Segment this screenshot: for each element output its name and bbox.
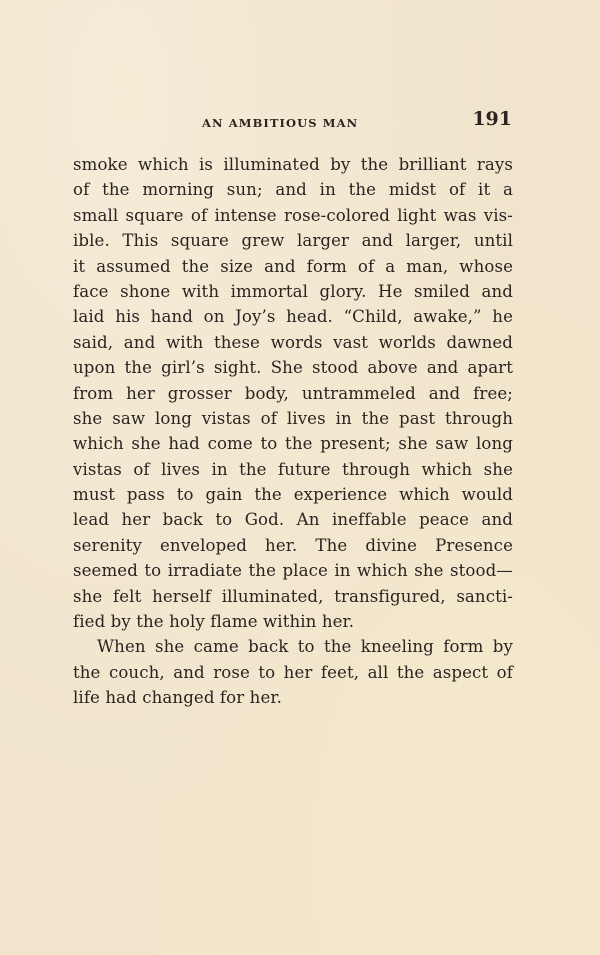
text-line: it assumed the size and form of a man, w… <box>73 254 513 279</box>
text-line: lead her back to God. An ineffable peace… <box>73 507 513 532</box>
text-line: which she had come to the present; she s… <box>73 431 513 456</box>
text-line: said, and with these words vast worlds d… <box>73 330 513 355</box>
book-page: AN AMBITIOUS MAN 191 smoke which is illu… <box>0 0 600 955</box>
text-line: face shone with immortal glory. He smile… <box>73 279 513 304</box>
paragraph-end-line: life had changed for her. <box>73 685 513 710</box>
text-line: she felt herself illuminated, transfigur… <box>73 584 513 609</box>
text-line: small square of intense rose-colored lig… <box>73 203 513 228</box>
running-title: AN AMBITIOUS MAN <box>202 116 358 130</box>
page-number: 191 <box>472 108 512 130</box>
text-line: from her grosser body, untrammeled and f… <box>73 381 513 406</box>
text-line: the couch, and rose to her feet, all the… <box>73 660 513 685</box>
text-line: of the morning sun; and in the midst of … <box>73 177 513 202</box>
text-line: upon the girl’s sight. She stood above a… <box>73 355 513 380</box>
text-line: vistas of lives in the future through wh… <box>73 457 513 482</box>
text-line: seemed to irradiate the place in which s… <box>73 558 513 583</box>
text-line: smoke which is illuminated by the brilli… <box>73 152 513 177</box>
paragraph-start-line: When she came back to the kneeling form … <box>73 634 513 659</box>
paragraph-end-line: fied by the holy flame within her. <box>73 609 513 634</box>
running-head: AN AMBITIOUS MAN 191 <box>202 108 512 132</box>
text-line: serenity enveloped her. The divine Prese… <box>73 533 513 558</box>
text-line: she saw long vistas of lives in the past… <box>73 406 513 431</box>
text-line: must pass to gain the experience which w… <box>73 482 513 507</box>
text-line: laid his hand on Joy’s head. “Child, awa… <box>73 304 513 329</box>
body-text: smoke which is illuminated by the brilli… <box>73 152 513 711</box>
text-line: ible. This square grew larger and larger… <box>73 228 513 253</box>
